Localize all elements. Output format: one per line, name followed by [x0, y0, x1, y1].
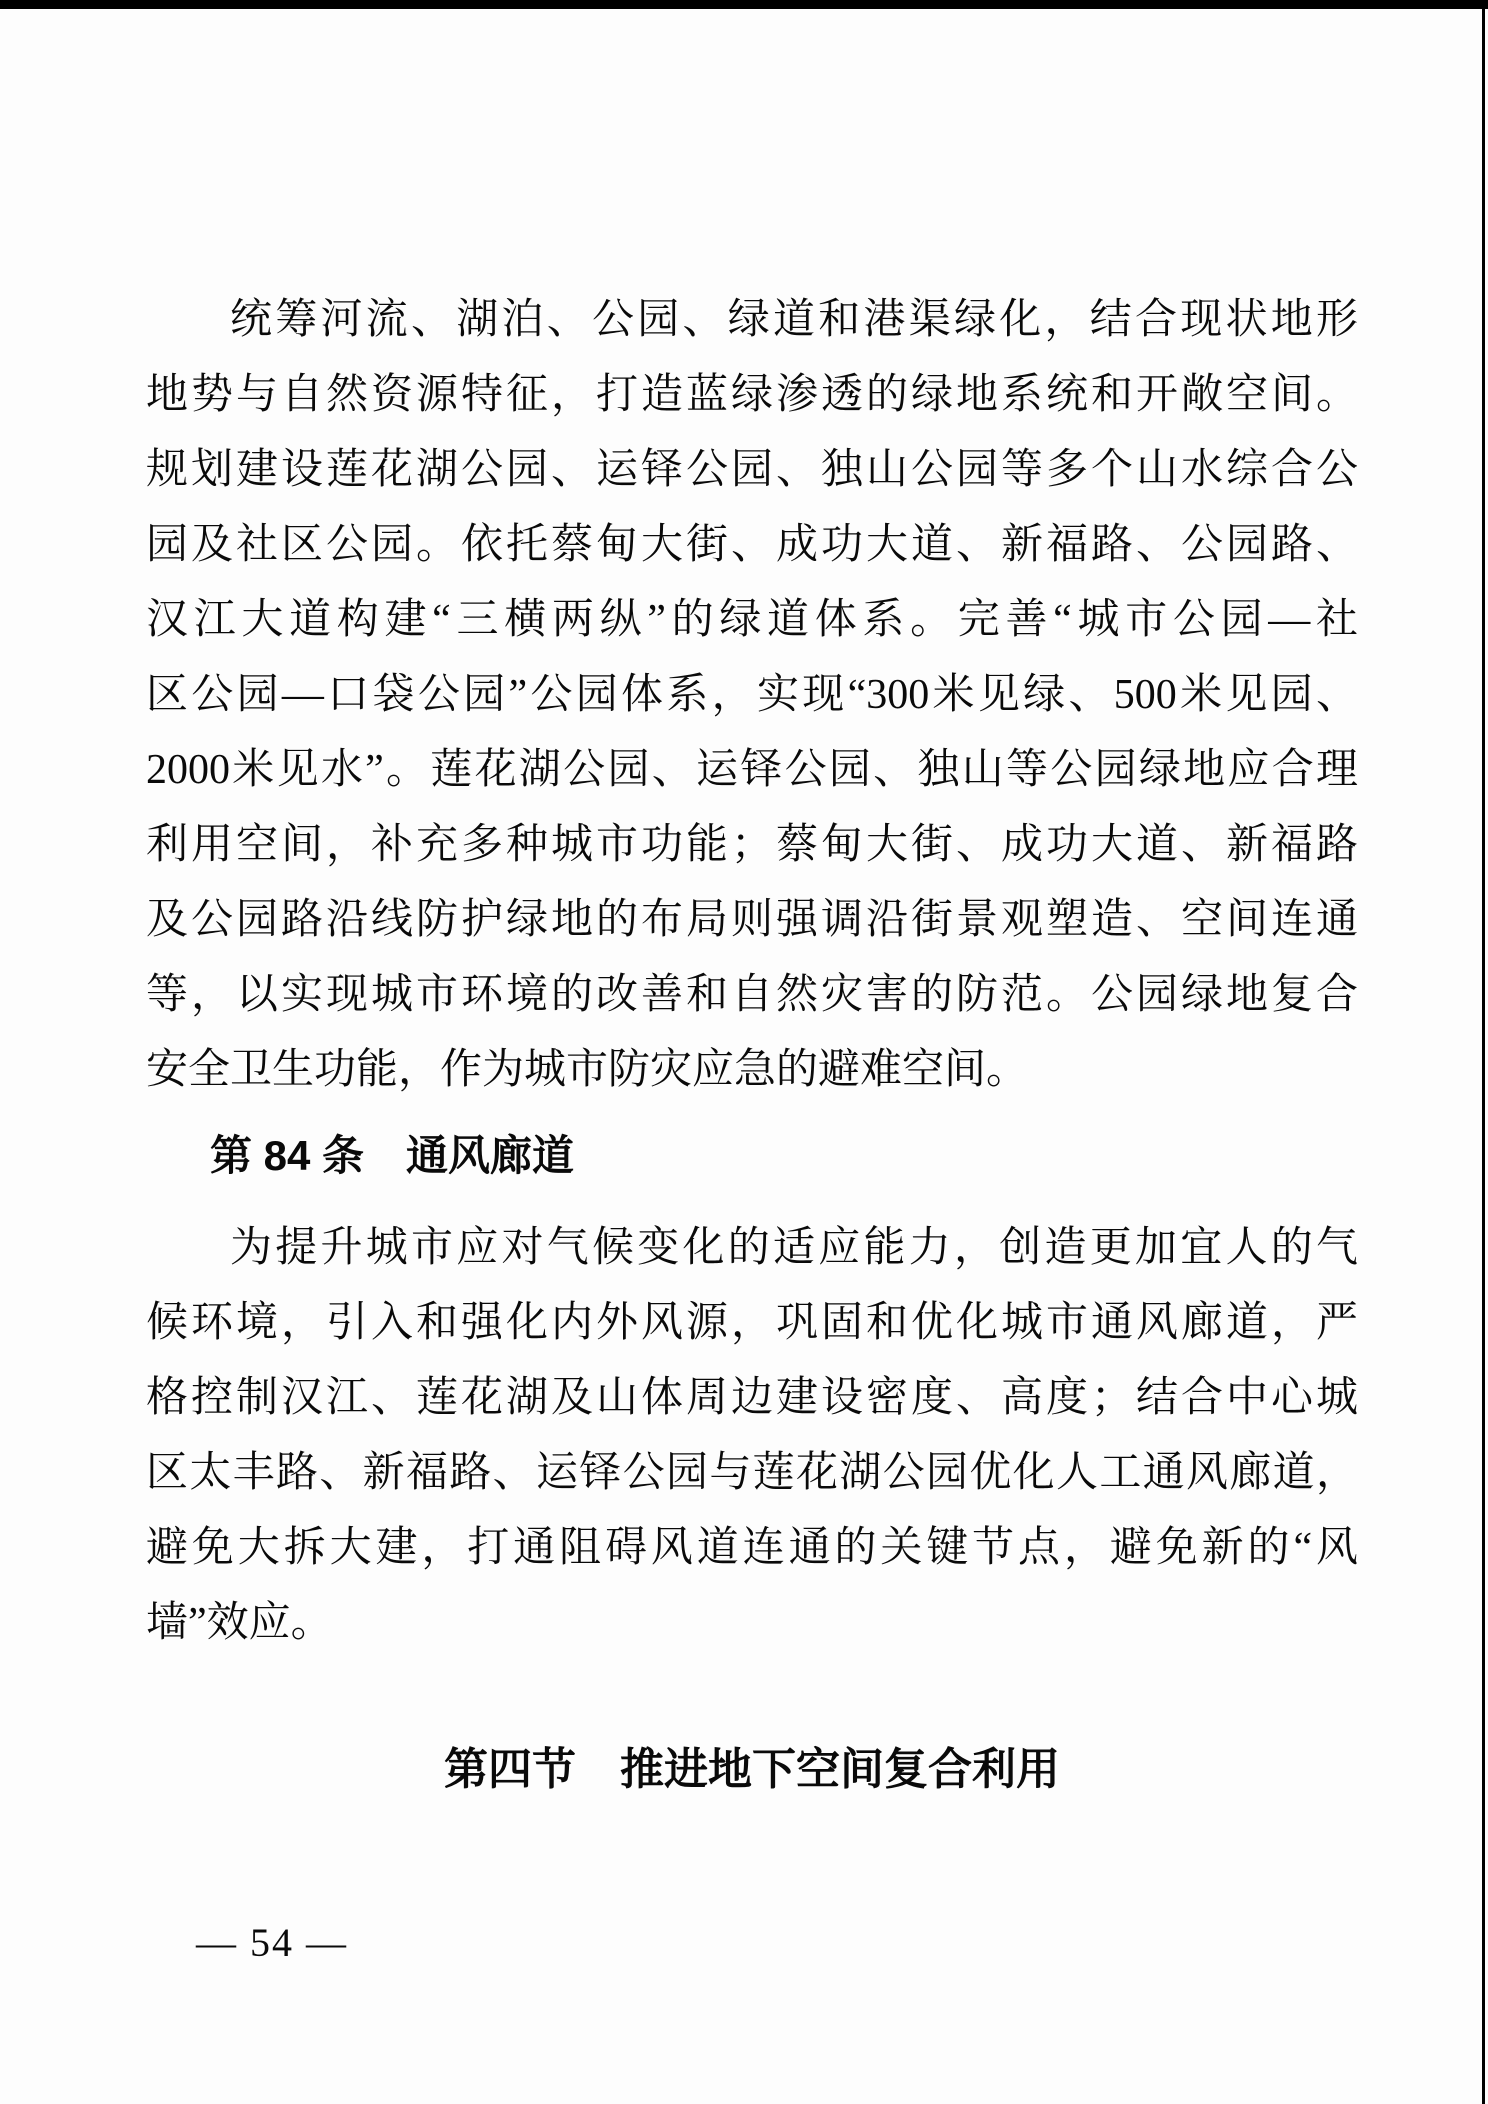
document-page: 统筹河流、湖泊、公园、绿道和港渠绿化，结合现状地形 地势与自然资源特征，打造蓝绿…: [0, 0, 1488, 2104]
paragraph-line: 格控制汉江、莲花湖及山体周边建设密度、高度；结合中心城: [146, 1361, 1358, 1436]
paragraph-line: 墙”效应。: [146, 1586, 1358, 1661]
article-84-heading: 第 84 条 通风廊道: [146, 1118, 1358, 1193]
scan-top-edge: [0, 0, 1488, 9]
paragraph-line: 汉江大道构建“三横两纵”的绿道体系。完善“城市公园—社: [146, 583, 1358, 658]
paragraph-line: 等，以实现城市环境的改善和自然灾害的防范。公园绿地复合: [146, 958, 1358, 1033]
paragraph-line: 为提升城市应对气候变化的适应能力，创造更加宜人的气: [146, 1211, 1358, 1286]
paragraph-line: 规划建设莲花湖公园、运铎公园、独山公园等多个山水综合公: [146, 433, 1358, 508]
section-4-heading: 第四节 推进地下空间复合利用: [146, 1732, 1358, 1807]
paragraph-line: 地势与自然资源特征，打造蓝绿渗透的绿地系统和开敞空间。: [146, 358, 1358, 433]
scan-right-edge: [1482, 9, 1485, 2104]
paragraph-ventilation-corridor: 为提升城市应对气候变化的适应能力，创造更加宜人的气 候环境，引入和强化内外风源，…: [146, 1211, 1358, 1661]
paragraph-green-space: 统筹河流、湖泊、公园、绿道和港渠绿化，结合现状地形 地势与自然资源特征，打造蓝绿…: [146, 283, 1358, 1108]
paragraph-line: 园及社区公园。依托蔡甸大街、成功大道、新福路、公园路、: [146, 508, 1358, 583]
paragraph-line: 利用空间，补充多种城市功能；蔡甸大街、成功大道、新福路: [146, 808, 1358, 883]
paragraph-line: 统筹河流、湖泊、公园、绿道和港渠绿化，结合现状地形: [146, 283, 1358, 358]
paragraph-line: 安全卫生功能，作为城市防灾应急的避难空间。: [146, 1033, 1358, 1108]
paragraph-line: 区公园—口袋公园”公园体系，实现“300米见绿、500米见园、: [146, 658, 1358, 733]
paragraph-line: 区太丰路、新福路、运铎公园与莲花湖公园优化人工通风廊道，: [146, 1436, 1358, 1511]
paragraph-line: 候环境，引入和强化内外风源，巩固和优化城市通风廊道，严: [146, 1286, 1358, 1361]
page-number: — 54 —: [196, 1905, 348, 1980]
paragraph-line: 2000米见水”。莲花湖公园、运铎公园、独山等公园绿地应合理: [146, 733, 1358, 808]
paragraph-line: 及公园路沿线防护绿地的布局则强调沿街景观塑造、空间连通: [146, 883, 1358, 958]
paragraph-line: 避免大拆大建，打通阻碍风道连通的关键节点，避免新的“风: [146, 1511, 1358, 1586]
